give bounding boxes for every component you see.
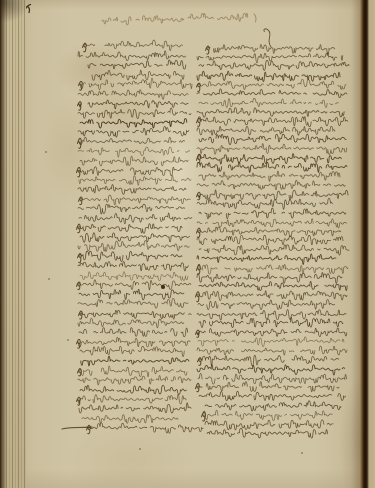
manuscript-photo	[0, 0, 375, 488]
page-heading-script	[102, 13, 256, 25]
ink-marks	[24, 5, 303, 454]
handwriting-layer	[0, 0, 375, 488]
text-column-left	[77, 40, 203, 434]
facing-page-edge	[352, 0, 375, 488]
text-column-right	[196, 45, 350, 438]
book-binding-edge	[0, 0, 26, 488]
